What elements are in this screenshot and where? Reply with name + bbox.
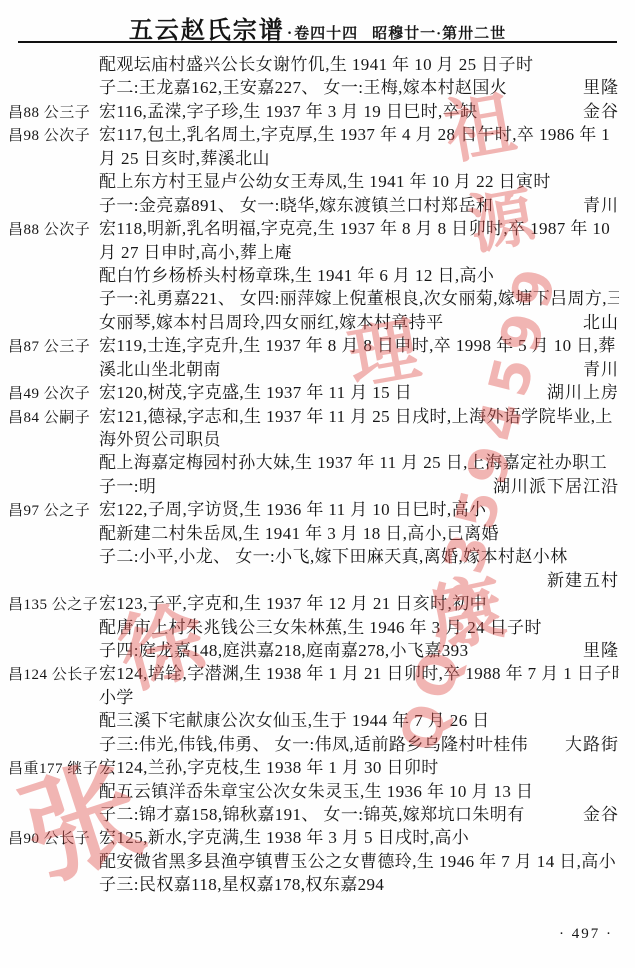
genealogy-line: 月 25 日亥时,葬溪北山 xyxy=(8,147,619,170)
genealogy-line: 配五云镇洋岙朱章宝公次女朱灵玉,生 1936 年 10 月 13 日 xyxy=(8,780,619,803)
genealogy-line: 小学 xyxy=(8,686,619,709)
generation-label: 昌124 公长子 xyxy=(8,664,99,687)
generation-label: 昌90 公长子 xyxy=(8,828,99,851)
entry-text: 溪北山坐北朝南 xyxy=(99,358,221,381)
branch-location: 金谷 xyxy=(575,803,619,826)
genealogy-line: 昌97 公之子宏122,子周,字访贤,生 1936 年 11 月 10 日巳时,… xyxy=(8,498,619,521)
genealogy-line: 昌135 公之子宏123,子平,字克和,生 1937 年 12 月 21 日亥时… xyxy=(8,592,619,615)
generation-label: 昌135 公之子 xyxy=(8,594,99,617)
entry-text: 子一:金亮嘉891、 女一:晓华,嫁东渡镇兰口村郑岳和 xyxy=(99,194,493,217)
title-rule xyxy=(18,41,617,43)
genealogy-line: 配上海嘉定梅园村孙大妹,生 1937 年 11 月 25 日,上海嘉定社办职工 xyxy=(8,451,619,474)
generation-label: 昌重177 继子 xyxy=(8,758,99,781)
genealogy-line: 配三溪下宅献康公次女仙玉,生于 1944 年 7 月 26 日 xyxy=(8,709,619,732)
page-number: · 497 · xyxy=(559,926,613,943)
genealogy-line: 昌88 公三子宏116,孟溁,字子珍,生 1937 年 3 月 19 日巳时,卒… xyxy=(8,100,619,123)
entry-text: 月 27 日申时,高小,葬上庵 xyxy=(99,241,292,264)
genealogy-line: 子四:庭龙嘉148,庭洪嘉218,庭南嘉278,小飞嘉393里隆 xyxy=(8,639,619,662)
genealogy-line: 海外贸公司职员 xyxy=(8,428,619,451)
genealogy-line: 昌90 公长子宏125,新水,字克满,生 1938 年 3 月 5 日戌时,高小 xyxy=(8,826,619,849)
entry-text: 子一:礼勇嘉221、 女四:丽萍嫁上倪董根良,次女丽菊,嫁塘下吕周方,三 xyxy=(99,287,619,310)
branch-location: 湖川派下居江沿 xyxy=(485,475,619,498)
entry-text: 配观坛庙村盛兴公长女谢竹仉,生 1941 年 10 月 25 日子时 xyxy=(99,53,533,76)
branch-location: 北山 xyxy=(575,311,619,334)
generation-subtitle: 昭穆廿一·第卅二世 xyxy=(372,26,506,42)
entry-text: 宏121,德禄,字志和,生 1937 年 11 月 25 日戌时,上海外语学院毕… xyxy=(99,405,613,428)
genealogy-line: 配唐市上村朱兆钱公三女朱林蕉,生 1946 年 3 月 24 日子时 xyxy=(8,616,619,639)
entry-text: 子三:民权嘉118,星权嘉178,权东嘉294 xyxy=(99,873,384,896)
branch-location: 金谷 xyxy=(575,100,619,123)
entry-text: 宏124,培铨,字潜渊,生 1938 年 1 月 21 日卯时,卒 1988 年… xyxy=(99,662,619,685)
entry-text: 配五云镇洋岙朱章宝公次女朱灵玉,生 1936 年 10 月 13 日 xyxy=(99,780,533,803)
genealogy-line: 月 27 日申时,高小,葬上庵 xyxy=(8,241,619,264)
genealogy-line: 配安微省黑多县渔亭镇曹玉公之女曹德玲,生 1946 年 7 月 14 日,高小 xyxy=(8,850,619,873)
generation-label: 昌88 公三子 xyxy=(8,102,99,125)
genealogy-line: 昌124 公长子宏124,培铨,字潜渊,生 1938 年 1 月 21 日卯时,… xyxy=(8,662,619,685)
entry-text: 配唐市上村朱兆钱公三女朱林蕉,生 1946 年 3 月 24 日子时 xyxy=(99,616,542,639)
generation-label: 昌98 公次子 xyxy=(8,125,99,148)
page-header: 五云赵氏宗谱·卷四十四昭穆廿一·第卅二世 xyxy=(0,10,635,45)
branch-location: 湖川上房 xyxy=(539,381,619,404)
entry-text: 宏119,士连,字克升,生 1937 年 8 月 8 日申时,卒 1998 年 … xyxy=(99,334,616,357)
entry-text: 宏117,包土,乳名周土,字克厚,生 1937 年 4 月 28 日午时,卒 1… xyxy=(99,123,610,146)
genealogy-line: 子三:民权嘉118,星权嘉178,权东嘉294 xyxy=(8,873,619,896)
entry-text: 宏122,子周,字访贤,生 1936 年 11 月 10 日巳时,高小 xyxy=(99,498,486,521)
genealogy-line: 子二:锦才嘉158,锦秋嘉191、 女一:锦英,嫁郑坑口朱明有金谷 xyxy=(8,803,619,826)
entry-text: 宏124,兰孙,字克枝,生 1938 年 1 月 30 日卯时 xyxy=(99,756,439,779)
generation-label: 昌97 公之子 xyxy=(8,500,99,523)
genealogy-line: 子一:金亮嘉891、 女一:晓华,嫁东渡镇兰口村郑岳和青川 xyxy=(8,194,619,217)
entry-text: 配上海嘉定梅园村孙大妹,生 1937 年 11 月 25 日,上海嘉定社办职工 xyxy=(99,451,607,474)
generation-label: 昌88 公次子 xyxy=(8,219,99,242)
entry-text: 子三:伟光,伟钱,伟勇、 女一:伟凤,适前路乡乌隆村叶桂伟 xyxy=(99,733,528,756)
genealogy-line: 昌重177 继子宏124,兰孙,字克枝,生 1938 年 1 月 30 日卯时 xyxy=(8,756,619,779)
entry-text: 宏120,树茂,字克盛,生 1937 年 11 月 15 日 xyxy=(99,381,412,404)
genealogy-page: QQ:53594599 张徐康理源祖 五云赵氏宗谱·卷四十四昭穆廿一·第卅二世 … xyxy=(0,0,635,968)
entry-text: 配新建二村朱岳凤,生 1941 年 3 月 18 日,高小,已离婚 xyxy=(99,522,499,545)
entry-text: 海外贸公司职员 xyxy=(99,428,221,451)
entry-text: 配白竹乡杨桥头村杨章珠,生 1941 年 6 月 12 日,高小 xyxy=(99,264,494,287)
genealogy-line: 子一:礼勇嘉221、 女四:丽萍嫁上倪董根良,次女丽菊,嫁塘下吕周方,三 xyxy=(8,287,619,310)
entry-text: 宏123,子平,字克和,生 1937 年 12 月 21 日亥时,初中 xyxy=(99,592,487,615)
generation-label: 昌49 公次子 xyxy=(8,383,99,406)
genealogy-line: 子一:明湖川派下居江沿 xyxy=(8,475,619,498)
entry-text: 配三溪下宅献康公次女仙玉,生于 1944 年 7 月 26 日 xyxy=(99,709,490,732)
entry-text: 配上东方村王显卢公幼女王寿凤,生 1941 年 10 月 22 日寅时 xyxy=(99,170,551,193)
branch-location: 里隆 xyxy=(575,76,619,99)
entry-text: 子二:王龙嘉162,王安嘉227、 女一:王梅,嫁本村赵国火 xyxy=(99,76,507,99)
genealogy-line: 昌98 公次子宏117,包土,乳名周土,字克厚,生 1937 年 4 月 28 … xyxy=(8,123,619,146)
branch-location: 新建五村 xyxy=(539,569,619,592)
genealogy-line: 溪北山坐北朝南青川 xyxy=(8,358,619,381)
entry-text: 子一:明 xyxy=(99,475,156,498)
entry-text: 子二:小平,小龙、 女一:小飞,嫁下田麻天真,离婚,嫁本村赵小林 xyxy=(99,545,568,568)
entry-text: 配安微省黑多县渔亭镇曹玉公之女曹德玲,生 1946 年 7 月 14 日,高小 xyxy=(99,850,616,873)
generation-label: 昌87 公三子 xyxy=(8,336,99,359)
entry-text: 宏118,明新,乳名明福,字克亮,生 1937 年 8 月 8 日卯时,卒 19… xyxy=(99,217,610,240)
genealogy-line: 子三:伟光,伟钱,伟勇、 女一:伟凤,适前路乡乌隆村叶桂伟大路街 xyxy=(8,733,619,756)
entry-text: 子四:庭龙嘉148,庭洪嘉218,庭南嘉278,小飞嘉393 xyxy=(99,639,468,662)
entry-text: 小学 xyxy=(99,686,134,709)
genealogy-body: 配观坛庙村盛兴公长女谢竹仉,生 1941 年 10 月 25 日子时子二:王龙嘉… xyxy=(8,53,619,897)
title-separator: · xyxy=(287,25,292,42)
entry-text: 宏125,新水,字克满,生 1938 年 3 月 5 日戌时,高小 xyxy=(99,826,469,849)
genealogy-line: 昌87 公三子宏119,士连,字克升,生 1937 年 8 月 8 日申时,卒 … xyxy=(8,334,619,357)
genealogy-line: 昌84 公嗣子宏121,德禄,字志和,生 1937 年 11 月 25 日戌时,… xyxy=(8,405,619,428)
genealogy-line: 昌49 公次子宏120,树茂,字克盛,生 1937 年 11 月 15 日湖川上… xyxy=(8,381,619,404)
branch-location: 青川 xyxy=(575,358,619,381)
genealogy-line: 子二:小平,小龙、 女一:小飞,嫁下田麻天真,离婚,嫁本村赵小林 xyxy=(8,545,619,568)
entry-text: 月 25 日亥时,葬溪北山 xyxy=(99,147,270,170)
genealogy-line: 昌88 公次子宏118,明新,乳名明福,字克亮,生 1937 年 8 月 8 日… xyxy=(8,217,619,240)
entry-text: 子二:锦才嘉158,锦秋嘉191、 女一:锦英,嫁郑坑口朱明有 xyxy=(99,803,525,826)
generation-label: 昌84 公嗣子 xyxy=(8,407,99,430)
genealogy-line: 女丽琴,嫁本村吕周玲,四女丽红,嫁本村章持平北山 xyxy=(8,311,619,334)
genealogy-line: 配观坛庙村盛兴公长女谢竹仉,生 1941 年 10 月 25 日子时 xyxy=(8,53,619,76)
genealogy-line: 配白竹乡杨桥头村杨章珠,生 1941 年 6 月 12 日,高小 xyxy=(8,264,619,287)
branch-location: 里隆 xyxy=(575,639,619,662)
genealogy-line: 配新建二村朱岳凤,生 1941 年 3 月 18 日,高小,已离婚 xyxy=(8,522,619,545)
entry-text: 女丽琴,嫁本村吕周玲,四女丽红,嫁本村章持平 xyxy=(99,311,444,334)
branch-location: 青川 xyxy=(575,194,619,217)
entry-text: 宏116,孟溁,字子珍,生 1937 年 3 月 19 日巳时,卒缺 xyxy=(99,100,477,123)
genealogy-line: 配上东方村王显卢公幼女王寿凤,生 1941 年 10 月 22 日寅时 xyxy=(8,170,619,193)
volume-label: 卷四十四 xyxy=(294,26,358,42)
branch-location: 大路街 xyxy=(557,733,619,756)
genealogy-line: 新建五村 xyxy=(8,569,619,592)
genealogy-line: 子二:王龙嘉162,王安嘉227、 女一:王梅,嫁本村赵国火里隆 xyxy=(8,76,619,99)
